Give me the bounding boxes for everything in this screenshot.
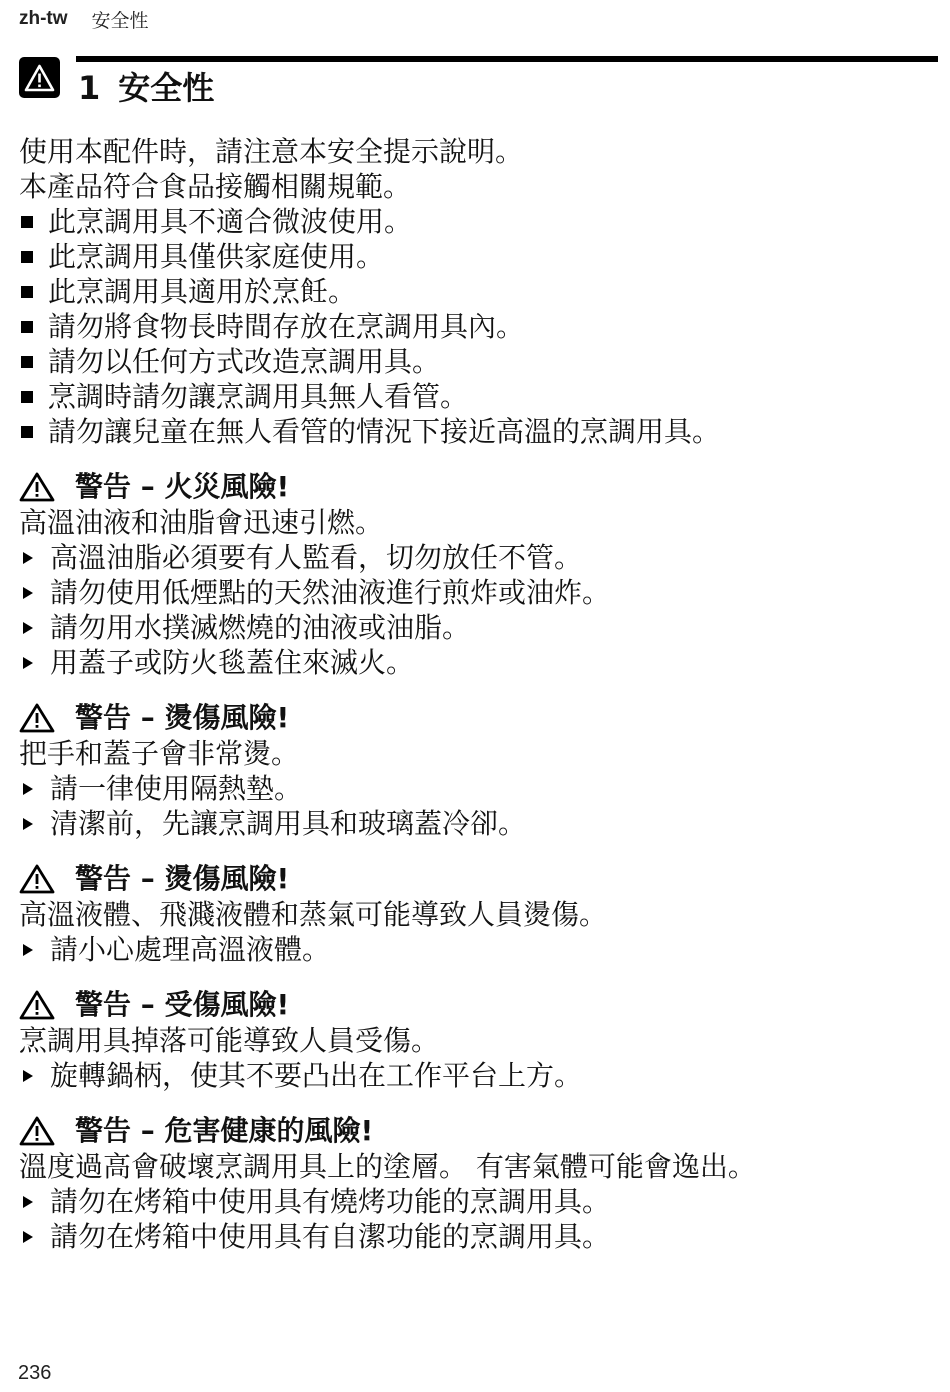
list-item: 此烹調用具僅供家庭使用。 bbox=[19, 239, 939, 274]
triangle-bullet-icon bbox=[23, 944, 33, 956]
square-bullet-icon bbox=[21, 391, 33, 403]
warning-icon bbox=[19, 57, 60, 98]
list-item: 請勿將食物長時間存放在烹調用具內。 bbox=[19, 309, 939, 344]
list-item: 此烹調用具適用於烹飪。 bbox=[19, 274, 939, 309]
square-bullet-icon bbox=[21, 321, 33, 333]
warning-heading: 警告 – 燙傷風險! bbox=[19, 861, 939, 897]
list-item: 此烹調用具不適合微波使用。 bbox=[19, 204, 939, 239]
warning-injury: 警告 – 受傷風險! 烹調用具掉落可能導致人員受傷。 旋轉鍋柄，使其不要凸出在工… bbox=[19, 987, 939, 1093]
intro-paragraph: 使用本配件時，請注意本安全提示說明。 bbox=[19, 134, 939, 169]
action-item: 請勿使用低煙點的天然油液進行煎炸或油炸。 bbox=[19, 575, 939, 610]
warning-description: 高溫液體、飛濺液體和蒸氣可能導致人員燙傷。 bbox=[19, 897, 939, 932]
triangle-bullet-icon bbox=[23, 1070, 33, 1082]
triangle-bullet-icon bbox=[23, 657, 33, 669]
warning-triangle-icon bbox=[19, 864, 55, 894]
language-code: zh-tw bbox=[19, 8, 68, 30]
running-header: zh-tw 安全性 bbox=[19, 6, 149, 32]
warning-triangle-icon bbox=[19, 703, 55, 733]
triangle-bullet-icon bbox=[23, 552, 33, 564]
warning-description: 高溫油液和油脂會迅速引燃。 bbox=[19, 505, 939, 540]
warning-heading: 警告 – 危害健康的風險! bbox=[19, 1113, 939, 1149]
action-item: 旋轉鍋柄，使其不要凸出在工作平台上方。 bbox=[19, 1058, 939, 1093]
warning-scald-liquids: 警告 – 燙傷風險! 高溫液體、飛濺液體和蒸氣可能導致人員燙傷。 請小心處理高溫… bbox=[19, 861, 939, 967]
triangle-bullet-icon bbox=[23, 622, 33, 634]
triangle-bullet-icon bbox=[23, 587, 33, 599]
warning-health: 警告 – 危害健康的風險! 溫度過高會破壞烹調用具上的塗層。 有害氣體可能會逸出… bbox=[19, 1113, 939, 1254]
square-bullet-icon bbox=[21, 216, 33, 228]
list-item: 請勿讓兒童在無人看管的情況下接近高溫的烹調用具。 bbox=[19, 414, 939, 449]
chapter-number: 1 bbox=[78, 66, 100, 110]
action-item: 請勿用水撲滅燃燒的油液或油脂。 bbox=[19, 610, 939, 645]
page-title: 1 安全性 bbox=[78, 66, 214, 110]
action-item: 清潔前，先讓烹調用具和玻璃蓋冷卻。 bbox=[19, 806, 939, 841]
page-number: 236 bbox=[18, 1362, 51, 1385]
triangle-bullet-icon bbox=[23, 1196, 33, 1208]
chapter-title: 安全性 bbox=[118, 66, 214, 110]
warning-heading: 警告 – 火災風險! bbox=[19, 469, 939, 505]
warning-triangle-icon bbox=[19, 1116, 55, 1146]
square-bullet-icon bbox=[21, 356, 33, 368]
action-item: 請勿在烤箱中使用具有自潔功能的烹調用具。 bbox=[19, 1219, 939, 1254]
warning-heading: 警告 – 受傷風險! bbox=[19, 987, 939, 1023]
title-rule bbox=[76, 56, 938, 62]
warning-description: 溫度過高會破壞烹調用具上的塗層。 有害氣體可能會逸出。 bbox=[19, 1149, 939, 1184]
warning-triangle-icon bbox=[19, 990, 55, 1020]
warning-description: 烹調用具掉落可能導致人員受傷。 bbox=[19, 1023, 939, 1058]
action-item: 請一律使用隔熱墊。 bbox=[19, 771, 939, 806]
action-item: 用蓋子或防火毯蓋住來滅火。 bbox=[19, 645, 939, 680]
safety-content: 使用本配件時，請注意本安全提示說明。 本產品符合食品接觸相關規範。 此烹調用具不… bbox=[19, 134, 939, 1254]
square-bullet-icon bbox=[21, 426, 33, 438]
intro-paragraph: 本產品符合食品接觸相關規範。 bbox=[19, 169, 939, 204]
list-item: 請勿以任何方式改造烹調用具。 bbox=[19, 344, 939, 379]
action-item: 高溫油脂必須要有人監看，切勿放任不管。 bbox=[19, 540, 939, 575]
warning-triangle-icon bbox=[19, 472, 55, 502]
warning-heading: 警告 – 燙傷風險! bbox=[19, 700, 939, 736]
list-item: 烹調時請勿讓烹調用具無人看管。 bbox=[19, 379, 939, 414]
triangle-bullet-icon bbox=[23, 783, 33, 795]
action-item: 請勿在烤箱中使用具有燒烤功能的烹調用具。 bbox=[19, 1184, 939, 1219]
warning-fire: 警告 – 火災風險! 高溫油液和油脂會迅速引燃。 高溫油脂必須要有人監看，切勿放… bbox=[19, 469, 939, 680]
warning-scald-handles: 警告 – 燙傷風險! 把手和蓋子會非常燙。 請一律使用隔熱墊。 清潔前，先讓烹調… bbox=[19, 700, 939, 841]
square-bullet-icon bbox=[21, 251, 33, 263]
square-bullet-icon bbox=[21, 286, 33, 298]
triangle-bullet-icon bbox=[23, 818, 33, 830]
action-item: 請小心處理高溫液體。 bbox=[19, 932, 939, 967]
warning-description: 把手和蓋子會非常燙。 bbox=[19, 736, 939, 771]
header-section-title: 安全性 bbox=[92, 6, 149, 33]
triangle-bullet-icon bbox=[23, 1231, 33, 1243]
